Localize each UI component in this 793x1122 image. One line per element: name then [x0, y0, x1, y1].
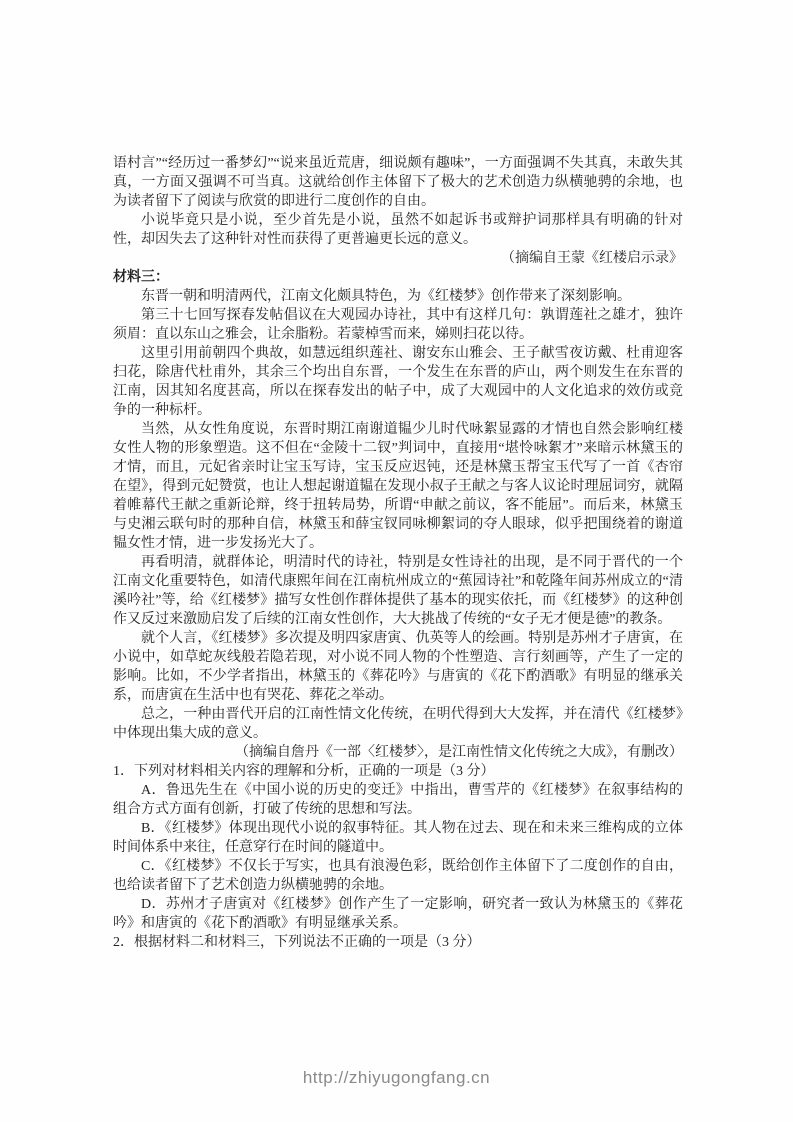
paragraph-material2-closing: 小说毕竟只是小说，至少首先是小说，虽然不如起诉书或辩护词那样具有明确的针对性，却… — [113, 211, 683, 249]
exam-text-body: 语村言”“经历过一番梦幻”“说来虽近荒唐，细说颇有趣味”，一方面强调不失其真，未… — [113, 154, 683, 952]
document-page: 语村言”“经历过一番梦幻”“说来虽近荒唐，细说颇有趣味”，一方面强调不失其真，未… — [0, 0, 793, 1122]
material3-paragraph-7: 总之，一种由晋代开启的江南性情文化传统，在明代得到大大发挥，并在清代《红楼梦》中… — [113, 705, 683, 743]
question-1-option-b: B．《红楼梦》体现出现代小说的叙事特征。其人物在过去、现在和未来三维构成的立体时… — [113, 819, 683, 857]
question-1-option-a: A．鲁迅先生在《中国小说的历史的变迁》中指出，曹雪芹的《红楼梦》在叙事结构的组合… — [113, 781, 683, 819]
question-1-option-d: D．苏州才子唐寅对《红楼梦》创作产生了一定影响，研究者一致认为林黛玉的《葬花吟》… — [113, 895, 683, 933]
question-2: 2．根据材料二和材料三，下列说法不正确的一项是（3 分） — [113, 933, 683, 952]
material3-heading: 材料三： — [113, 268, 683, 287]
material3-paragraph-3: 这里引用前朝四个典故，如慧远组织莲社、谢安东山雅会、王子献雪夜访戴、杜甫迎客扫花… — [113, 344, 683, 420]
material3-paragraph-4: 当然，从女性角度说，东晋时期江南谢道韫少儿时代咏絮显露的才情也自然会影响红楼女性… — [113, 420, 683, 553]
material3-paragraph-6: 就个人言，《红楼梦》多次提及明四家唐寅、仇英等人的绘画。特别是苏州才子唐寅，在小… — [113, 629, 683, 705]
paragraph-material2-continuation: 语村言”“经历过一番梦幻”“说来虽近荒唐，细说颇有趣味”，一方面强调不失其真，未… — [113, 154, 683, 211]
material3-paragraph-1: 东晋一朝和明清两代，江南文化颇具特色，为《红楼梦》创作带来了深刻影响。 — [113, 287, 683, 306]
question-1: 1．下列对材料相关内容的理解和分析，正确的一项是（3 分） — [113, 762, 683, 781]
material3-paragraph-2: 第三十七回写探春发帖倡议在大观园办诗社，其中有这样几句：孰谓莲社之雄才，独许须眉… — [113, 306, 683, 344]
question-1-option-c: C．《红楼梦》不仅长于写实，也具有浪漫色彩，既给创作主体留下了二度创作的自由，也… — [113, 857, 683, 895]
material3-paragraph-5: 再看明清，就群体论，明清时代的诗社，特别是女性诗社的出现，是不同于晋代的一个江南… — [113, 553, 683, 629]
source-attribution-wangmeng: （摘编自王蒙《红楼启示录》 — [113, 249, 683, 268]
source-attribution-zhandan: （摘编自詹丹《一部〈红楼梦〉，是江南性情文化传统之大成》，有删改） — [113, 743, 683, 762]
footer-url: http://zhiyugongfang.cn — [0, 1068, 793, 1088]
